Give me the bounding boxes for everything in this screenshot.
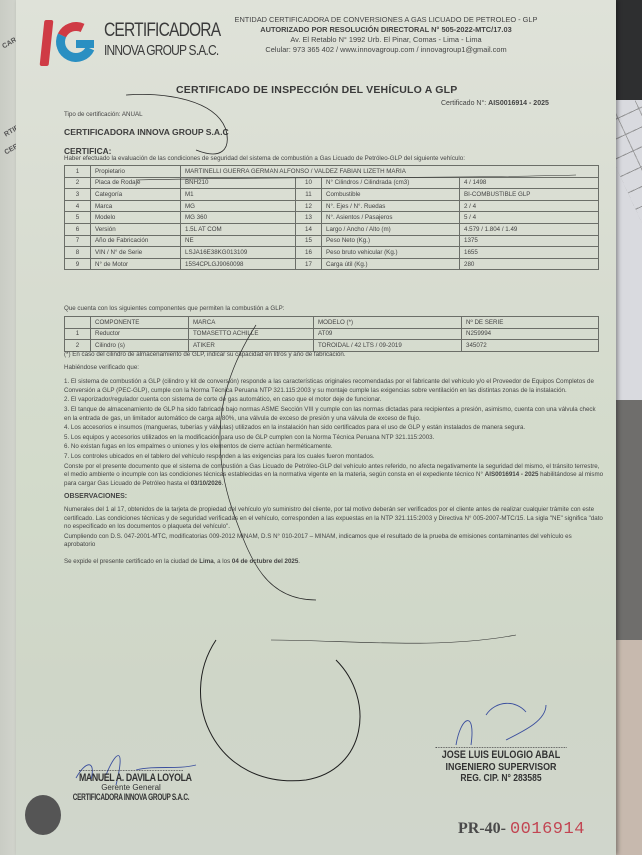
table-row: 1 Propietario MARTINELLI GUERRA GERMAN A… <box>65 166 599 178</box>
signer-company: CERTIFICADORA INNOVA GROUP S.A.C. <box>66 792 196 802</box>
row-number: 11 <box>296 189 322 201</box>
header-contact: Celular: 973 365 402 / www.innovagroup.c… <box>206 45 566 55</box>
field-value: LSJA16E38KG013109 <box>181 247 296 259</box>
signer-name: JOSE LUIS EULOGIO ABAL <box>435 747 566 761</box>
punch-hole <box>25 795 61 835</box>
field-label: N° Cilindros / Cilindrada (cm3) <box>322 177 460 189</box>
verification-item: 3. El tanque de almacenamiento de GLP ha… <box>64 406 604 423</box>
emissions-paragraph: Cumpliendo con D.S. 047-2001-MTC, modifi… <box>64 533 604 550</box>
vehicle-table: 1 Propietario MARTINELLI GUERRA GERMAN A… <box>64 165 599 270</box>
serial-number: 0016914 <box>510 820 585 839</box>
issued-statement: Se expide el presente certificado en la … <box>64 558 604 567</box>
verification-item: 6. No existan fugas en los empalmes o un… <box>64 443 604 452</box>
certificate-page: CERTIFICADORA INNOVA GROUP S.A.C. ENTIDA… <box>16 0 616 855</box>
row-number: 6 <box>65 223 91 235</box>
issued-city: Lima <box>199 558 213 565</box>
row-number: 5 <box>65 212 91 224</box>
table-row: 3CategoríaM111CombustibleBI-COMBUSTIBLE … <box>65 189 599 201</box>
field-value: NE <box>181 235 296 247</box>
field-label: Categoría <box>91 189 181 201</box>
field-value: BNH210 <box>181 177 296 189</box>
field-label: N°. Asientos / Pasajeros <box>322 212 460 224</box>
column-header <box>65 317 91 329</box>
observation-paragraph: Numerales del 1 al 17, obtenidos de la t… <box>64 506 604 532</box>
signer-role: Gerente General <box>66 783 196 792</box>
valid-until-date: 03/10/2026 <box>191 480 222 487</box>
table-row: 1 Reductor TOMASETTO ACHILLE AT09 N25999… <box>65 328 599 340</box>
verification-item: 7. Los controles ubicados en el tablero … <box>64 453 604 462</box>
table-row: 5ModeloMG 36013N°. Asientos / Pasajeros5… <box>65 212 599 224</box>
owner-value: MARTINELLI GUERRA GERMAN ALFONSO / VALDE… <box>181 166 599 178</box>
signer-registration: REG. CIP. N° 283585 <box>442 773 561 784</box>
field-value: 2 / 4 <box>460 200 599 212</box>
column-header: MODELO (*) <box>314 317 462 329</box>
issued-text: Se expide el presente certificado en la … <box>64 558 197 565</box>
table-row: 4MarcaMG12N°. Ejes / N°. Ruedas2 / 4 <box>65 200 599 212</box>
header-address: Av. El Retablo N° 1992 Urb. El Pinar, Co… <box>206 35 566 45</box>
row-number: 1 <box>65 328 91 340</box>
components-intro: Que cuenta con los siguientes componente… <box>64 305 284 312</box>
company-name: CERTIFICADORA INNOVA GROUP S.A.C <box>64 127 229 137</box>
row-number: 10 <box>296 177 322 189</box>
table-row: 7Año de FabricaciónNE15Peso Neto (Kg.)13… <box>65 235 599 247</box>
table-row: 8VIN / N° de SerieLSJA16E38KG01310916Pes… <box>65 247 599 259</box>
observations-heading: OBSERVACIONES: <box>64 493 604 502</box>
field-label: Modelo <box>91 212 181 224</box>
field-label: Marca <box>91 200 181 212</box>
column-header: MARCA <box>189 317 314 329</box>
logo-line1: CERTIFICADORA <box>104 20 220 42</box>
field-label: Peso bruto vehicular (Kg.) <box>322 247 460 259</box>
field-value: 1655 <box>460 247 599 259</box>
certificate-type: Tipo de certificación: ANUAL <box>64 111 143 118</box>
table-row: 6Versión1.5L AT COM14Largo / Ancho / Alt… <box>65 223 599 235</box>
expediente-number: AIS0016914 - 2025 <box>485 471 539 478</box>
row-number: 16 <box>296 247 322 259</box>
row-number: 15 <box>296 235 322 247</box>
field-label: Peso Neto (Kg.) <box>322 235 460 247</box>
issued-text: , a los <box>214 558 231 565</box>
certificate-number: Certificado N°: AIS0016914 - 2025 <box>441 100 549 107</box>
document-title: CERTIFICADO DE INSPECCIÓN DEL VEHÍCULO A… <box>176 84 457 96</box>
row-number: 17 <box>296 258 322 270</box>
row-number: 1 <box>65 166 91 178</box>
field-value: MG <box>181 200 296 212</box>
component-brand: TOMASETTO ACHILLE <box>189 328 314 340</box>
row-number: 8 <box>65 247 91 259</box>
logo-i-glyph <box>40 20 54 66</box>
field-value: BI-COMBUSTIBLE GLP <box>460 189 599 201</box>
field-label: Carga útil (Kg.) <box>322 258 460 270</box>
signature-manager: MANUEL A. DAVILA LOYOLA Gerente General … <box>66 770 196 802</box>
field-value: 1.5L AT COM <box>181 223 296 235</box>
field-value: 5 / 4 <box>460 212 599 224</box>
row-number: 7 <box>65 235 91 247</box>
component-name: Cilindro (s) <box>91 340 189 352</box>
verification-item: 2. El vaporizador/regulador cuenta con s… <box>64 396 604 405</box>
field-value: 1375 <box>460 235 599 247</box>
component-serial: N259994 <box>462 328 599 340</box>
field-label: Versión <box>91 223 181 235</box>
components-table: COMPONENTE MARCA MODELO (*) Nº DE SERIE … <box>64 316 599 352</box>
row-number: 3 <box>65 189 91 201</box>
row-number: 12 <box>296 200 322 212</box>
row-number: 4 <box>65 200 91 212</box>
logo-line2: INNOVA GROUP S.A.C. <box>104 42 218 59</box>
table-header-row: COMPONENTE MARCA MODELO (*) Nº DE SERIE <box>65 317 599 329</box>
row-number: 14 <box>296 223 322 235</box>
component-model: TOROIDAL / 42 LTS / 09-2019 <box>314 340 462 352</box>
evaluation-text: Haber efectuado la evaluación de las con… <box>64 155 465 162</box>
field-value: 280 <box>460 258 599 270</box>
field-value: 4 / 1498 <box>460 177 599 189</box>
verification-item: 5. Los equipos y accesorios utilizados e… <box>64 434 604 443</box>
field-label: VIN / N° de Serie <box>91 247 181 259</box>
component-name: Reductor <box>91 328 189 340</box>
row-number: 13 <box>296 212 322 224</box>
field-label: Año de Fabricación <box>91 235 181 247</box>
serial-prefix: PR-40- <box>458 820 506 837</box>
signature-supervisor: JOSE LUIS EULOGIO ABAL INGENIERO SUPERVI… <box>431 747 571 784</box>
table-row: 9N° de Motor15S4CPLGJ906009817Carga útil… <box>65 258 599 270</box>
verification-item: 4. Los accesorios e insumos (mangueras, … <box>64 424 604 433</box>
header-entity: ENTIDAD CERTIFICADORA DE CONVERSIONES A … <box>206 15 566 25</box>
component-brand: ATIKER <box>189 340 314 352</box>
logo-g-bar <box>76 40 94 48</box>
verification-intro: Habiéndose verificado que: <box>64 364 604 373</box>
signer-role: INGENIERO SUPERVISOR <box>442 761 561 773</box>
field-value: 4.579 / 1.804 / 1.49 <box>460 223 599 235</box>
field-label: N° de Motor <box>91 258 181 270</box>
row-number: 2 <box>65 177 91 189</box>
field-value: MG 360 <box>181 212 296 224</box>
certificate-number-value: AIS0016914 - 2025 <box>488 100 549 107</box>
column-header: Nº DE SERIE <box>462 317 599 329</box>
conste-paragraph: Conste por el presente documento que el … <box>64 463 604 489</box>
field-value: 15S4CPLGJ9060098 <box>181 258 296 270</box>
column-header: COMPONENTE <box>91 317 189 329</box>
component-serial: 345072 <box>462 340 599 352</box>
certificate-number-label: Certificado N°: <box>441 100 486 107</box>
verification-item: 1. El sistema de combustión a GLP (cilin… <box>64 378 604 395</box>
field-label: N°. Ejes / N°. Ruedas <box>322 200 460 212</box>
field-label: Propietario <box>91 166 181 178</box>
row-number: 2 <box>65 340 91 352</box>
table-row: 2 Cilindro (s) ATIKER TOROIDAL / 42 LTS … <box>65 340 599 352</box>
certificate-body: (*) En caso del cilindro de almacenamien… <box>64 351 604 567</box>
component-model: AT09 <box>314 328 462 340</box>
field-label: Placa de Rodaje <box>91 177 181 189</box>
row-number: 9 <box>65 258 91 270</box>
signer-name: MANUEL A. DAVILA LOYOLA <box>79 770 183 784</box>
issued-date: 04 de octubre del 2025 <box>232 558 298 565</box>
field-value: M1 <box>181 189 296 201</box>
field-label: Combustible <box>322 189 460 201</box>
components-footnote: (*) En caso del cilindro de almacenamien… <box>64 351 604 360</box>
form-serial-number: PR-40- 0016914 <box>458 820 585 839</box>
field-label: Largo / Ancho / Alto (m) <box>322 223 460 235</box>
table-row: 2Placa de RodajeBNH21010N° Cilindros / C… <box>65 177 599 189</box>
company-logo: CERTIFICADORA INNOVA GROUP S.A.C. <box>36 16 186 68</box>
header-authorization: AUTORIZADO POR RESOLUCIÓN DIRECTORAL N° … <box>206 25 566 35</box>
header-info: ENTIDAD CERTIFICADORA DE CONVERSIONES A … <box>206 15 566 55</box>
